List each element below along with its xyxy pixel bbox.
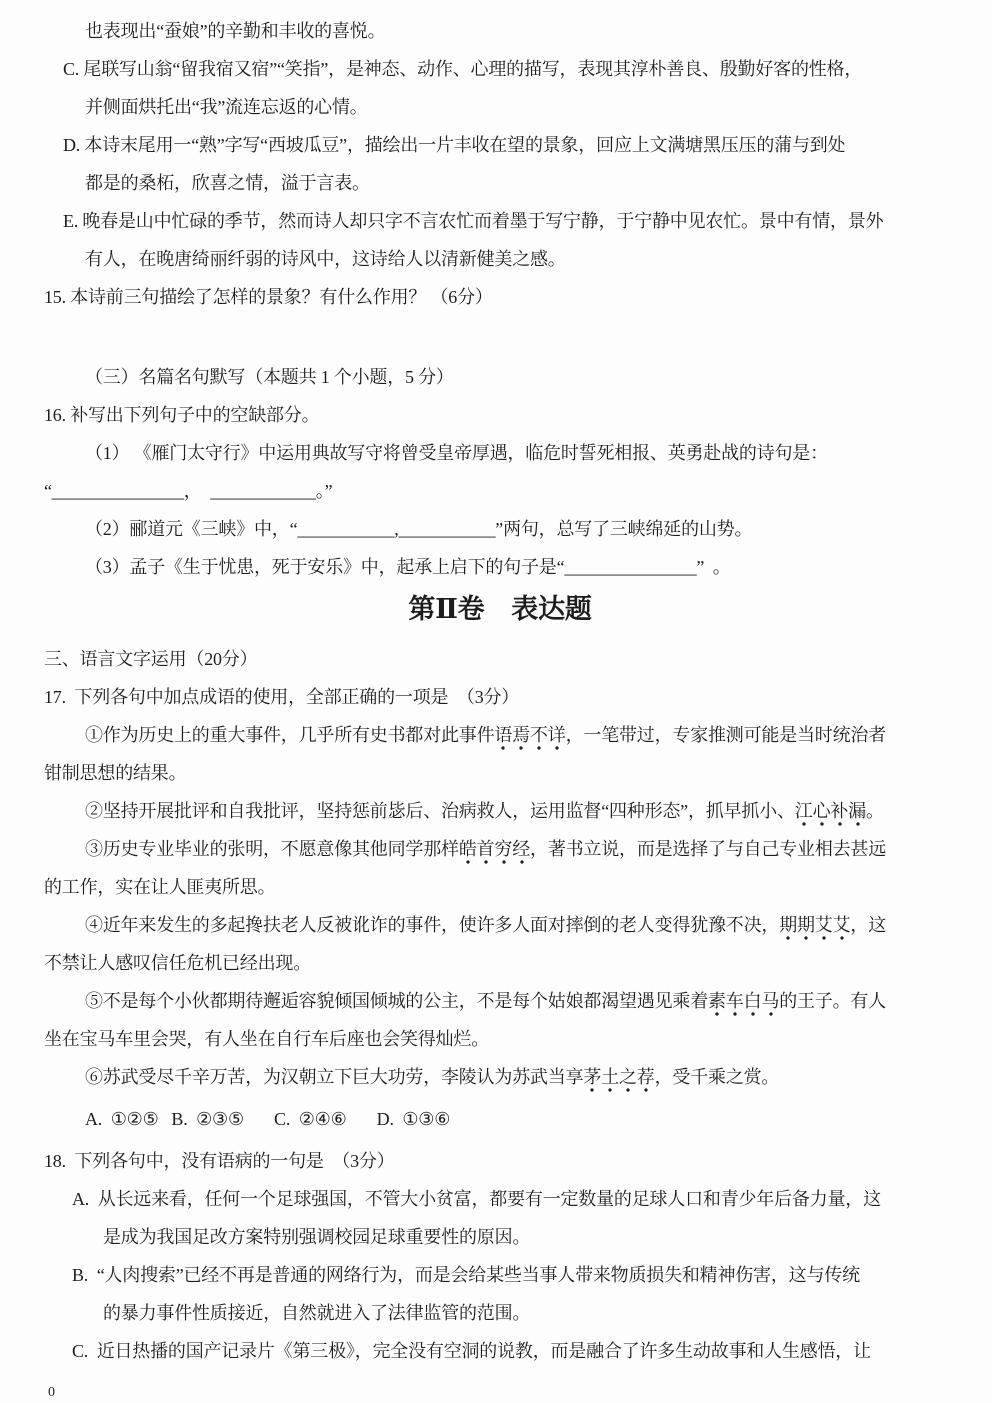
q18-optionC-line1: C. 近日热播的国产记录片《第三极》，完全没有空洞的说教，而是融合了许多生动故事…	[44, 1332, 956, 1370]
section-lang-title: 三、语言文字运用（20分）	[44, 640, 956, 678]
emphasized-idiom: 茅土之荐	[583, 1067, 654, 1093]
text-segment: 的暴力事件性质接近，自然就进入了法律监管的范围。	[103, 1303, 530, 1323]
text-segment: 的工作，实在让人匪夷所思。	[44, 877, 275, 897]
q17-item1-line2: 钳制思想的结果。	[44, 754, 956, 792]
section-heading: 第Ⅱ卷 表达题	[44, 586, 956, 632]
text-segment: “_______________， ____________。”	[44, 481, 332, 501]
text-segment: （2）郦道元《三峡》中，“___________,___________”两句，…	[85, 519, 752, 539]
emphasized-idiom: 皓首穷经	[459, 839, 530, 865]
question-16: 16. 补写出下列句子中的空缺部分。	[44, 396, 956, 434]
text-segment: ⑤不是每个小伙都期待邂逅容貌倾国倾城的公主，不是每个姑娘都渴望遇见乘着	[85, 991, 708, 1011]
text-segment: 有人，在晚唐绮丽纤弱的诗风中，这诗给人以清新健美之感。	[85, 249, 566, 269]
section-3-title: （三）名篇名句默写（本题共 1 个小题，5 分）	[44, 358, 956, 396]
emphasized-idiom: 素车白马	[708, 991, 779, 1017]
prev-option-tail-line: 也表现出“蚕娘”的辛勤和丰收的喜悦。	[44, 12, 956, 50]
text-segment: 17. 下列各句中加点成语的使用，全部正确的一项是 （3分）	[44, 687, 519, 707]
option-d-line1: D. 本诗末尾用一“熟”字写“西坡瓜豆”，描绘出一片丰收在望的景象，回应上文满塘…	[44, 126, 956, 164]
document-body-part1: 也表现出“蚕娘”的辛勤和丰收的喜悦。C. 尾联写山翁“留我宿又宿”“笑指”，是神…	[44, 12, 956, 586]
text-segment: （三）名篇名句默写（本题共 1 个小题，5 分）	[85, 367, 454, 387]
text-segment: ④近年来发生的多起搀扶老人反被讹诈的事件，使许多人面对摔倒的老人变得犹豫不决，	[85, 915, 779, 935]
text-segment: E. 晚春是山中忙碌的季节，然而诗人却只字不言农忙而着墨于写宁静，于宁静中见农忙…	[63, 211, 883, 231]
option-e-line1: E. 晚春是山中忙碌的季节，然而诗人却只字不言农忙而着墨于写宁静，于宁静中见农忙…	[44, 202, 956, 240]
q17-item3-line2: 的工作，实在让人匪夷所思。	[44, 868, 956, 906]
emphasized-idiom: 期期艾艾	[779, 915, 850, 941]
text-segment: 18. 下列各句中，没有语病的一句是 （3分）	[44, 1151, 395, 1171]
text-segment: ，受千乘之赏。	[655, 1067, 780, 1087]
option-c-line2: 并侧面烘托出“我”流连忘返的心情。	[44, 88, 956, 126]
q18-optionA-line2: 是成为我国足改方案特别强调校园足球重要性的原因。	[44, 1218, 956, 1256]
q17-item1-line1: ①作为历史上的重大事件，几乎所有史书都对此事件语焉不详，一笔带过，专家推测可能是…	[44, 716, 956, 754]
exam-page: 也表现出“蚕娘”的辛勤和丰收的喜悦。C. 尾联写山翁“留我宿又宿”“笑指”，是神…	[0, 0, 992, 1403]
q17-item5-line1: ⑤不是每个小伙都期待邂逅容貌倾国倾城的公主，不是每个姑娘都渴望遇见乘着素车白马的…	[44, 982, 956, 1020]
q17-item5-line2: 坐在宝马车里会哭，有人坐在自行车后座也会笑得灿烂。	[44, 1020, 956, 1058]
q17-item2: ②坚持开展批评和自我批评，坚持惩前毖后、治病救人，运用监督“四种形态”，抓早抓小…	[44, 792, 956, 830]
answer-space	[44, 316, 956, 358]
text-segment: ③历史专业毕业的张明，不愿意像其他同学那样	[85, 839, 459, 859]
q18-optionB-line2: 的暴力事件性质接近，自然就进入了法律监管的范围。	[44, 1294, 956, 1332]
text-segment: （1） 《雁门太守行》中运用典故写守将曾受皇帝厚遇，临危时誓死相报、英勇赴战的诗…	[85, 443, 828, 463]
emphasized-idiom: 语焉不详	[494, 725, 565, 751]
text-segment: C. 尾联写山翁“留我宿又宿”“笑指”，是神态、动作、心理的描写，表现其淳朴善良…	[63, 59, 862, 79]
q17-options: A. ①②⑤ B. ②③⑤ C. ②④⑥ D. ①③⑥	[44, 1100, 956, 1138]
text-segment: B. “人肉搜索”已经不再是普通的网络行为，而是会给某些当事人带来物质损失和精神…	[72, 1265, 860, 1285]
q17-item4-line2: 不禁让人感叹信任危机已经出现。	[44, 944, 956, 982]
text-segment: C. 近日热播的国产记录片《第三极》，完全没有空洞的说教，而是融合了许多生动故事…	[72, 1341, 871, 1361]
q17-item3-line1: ③历史专业毕业的张明，不愿意像其他同学那样皓首穷经，著书立说，而是选择了与自己专…	[44, 830, 956, 868]
question-17: 17. 下列各句中加点成语的使用，全部正确的一项是 （3分）	[44, 678, 956, 716]
option-e-line2: 有人，在晚唐绮丽纤弱的诗风中，这诗给人以清新健美之感。	[44, 240, 956, 278]
text-segment: 三、语言文字运用（20分）	[44, 649, 257, 669]
text-segment: ，这	[850, 915, 886, 935]
text-segment: 15. 本诗前三句描绘了怎样的景象？有什么作用？ （6分）	[44, 287, 493, 307]
text-segment: 都是的桑柘，欣喜之情，溢于言表。	[85, 173, 370, 193]
q16-item2: （2）郦道元《三峡》中，“___________,___________”两句，…	[44, 510, 956, 548]
text-segment: （3）孟子《生于忧患，死于安乐》中，起承上启下的句子是“____________…	[85, 557, 731, 577]
text-segment: ②坚持开展批评和自我批评，坚持惩前毖后、治病救人，运用监督“四种形态”，抓早抓小…	[85, 801, 795, 821]
text-segment: 不禁让人感叹信任危机已经出现。	[44, 953, 311, 973]
text-segment: A. 从长远来看，任何一个足球强国，不管大小贫富，都要有一定数量的足球人口和青少…	[72, 1189, 881, 1209]
text-segment: ⑥苏武受尽千辛万苦，为汉朝立下巨大功劳，李陵认为苏武当享	[85, 1067, 583, 1087]
option-d-line2: 都是的桑柘，欣喜之情，溢于言表。	[44, 164, 956, 202]
q18-optionB-line1: B. “人肉搜索”已经不再是普通的网络行为，而是会给某些当事人带来物质损失和精神…	[44, 1256, 956, 1294]
text-segment: 也表现出“蚕娘”的辛勤和丰收的喜悦。	[85, 21, 385, 41]
text-segment: A. ①②⑤ B. ②③⑤ C. ②④⑥ D. ①③⑥	[85, 1109, 450, 1129]
q16-item3: （3）孟子《生于忧患，死于安乐》中，起承上启下的句子是“____________…	[44, 548, 956, 586]
q17-item4-line1: ④近年来发生的多起搀扶老人反被讹诈的事件，使许多人面对摔倒的老人变得犹豫不决，期…	[44, 906, 956, 944]
page-footer: 0	[44, 1380, 956, 1403]
question-18: 18. 下列各句中，没有语病的一句是 （3分）	[44, 1142, 956, 1180]
question-15: 15. 本诗前三句描绘了怎样的景象？有什么作用？ （6分）	[44, 278, 956, 316]
text-segment: 坐在宝马车里会哭，有人坐在自行车后座也会笑得灿烂。	[44, 1029, 489, 1049]
text-segment: 钳制思想的结果。	[44, 763, 186, 783]
text-segment: ①作为历史上的重大事件，几乎所有史书都对此事件	[85, 725, 494, 745]
text-segment: ，著书立说，而是选择了与自己专业相去甚远	[530, 839, 886, 859]
text-segment: 。	[866, 801, 884, 821]
document-body-part2: 三、语言文字运用（20分）17. 下列各句中加点成语的使用，全部正确的一项是 （…	[44, 640, 956, 1370]
text-segment: ，一笔带过，专家推测可能是当时统治者	[566, 725, 886, 745]
q16-item1: （1） 《雁门太守行》中运用典故写守将曾受皇帝厚遇，临危时誓死相报、英勇赴战的诗…	[44, 434, 956, 472]
q17-item6: ⑥苏武受尽千辛万苦，为汉朝立下巨大功劳，李陵认为苏武当享茅土之荐，受千乘之赏。	[44, 1058, 956, 1096]
q18-optionA-line1: A. 从长远来看，任何一个足球强国，不管大小贫富，都要有一定数量的足球人口和青少…	[44, 1180, 956, 1218]
q16-item1-blanks: “_______________， ____________。”	[44, 472, 956, 510]
text-segment: 并侧面烘托出“我”流连忘返的心情。	[85, 97, 368, 117]
text-segment: D. 本诗末尾用一“熟”字写“西坡瓜豆”，描绘出一片丰收在望的景象，回应上文满塘…	[63, 135, 845, 155]
text-segment: 16. 补写出下列句子中的空缺部分。	[44, 405, 319, 425]
text-segment: 的王子。有人	[779, 991, 886, 1011]
option-c-line1: C. 尾联写山翁“留我宿又宿”“笑指”，是神态、动作、心理的描写，表现其淳朴善良…	[44, 50, 956, 88]
text-segment: 是成为我国足改方案特别强调校园足球重要性的原因。	[103, 1227, 530, 1247]
emphasized-idiom: 江心补漏	[795, 801, 866, 827]
